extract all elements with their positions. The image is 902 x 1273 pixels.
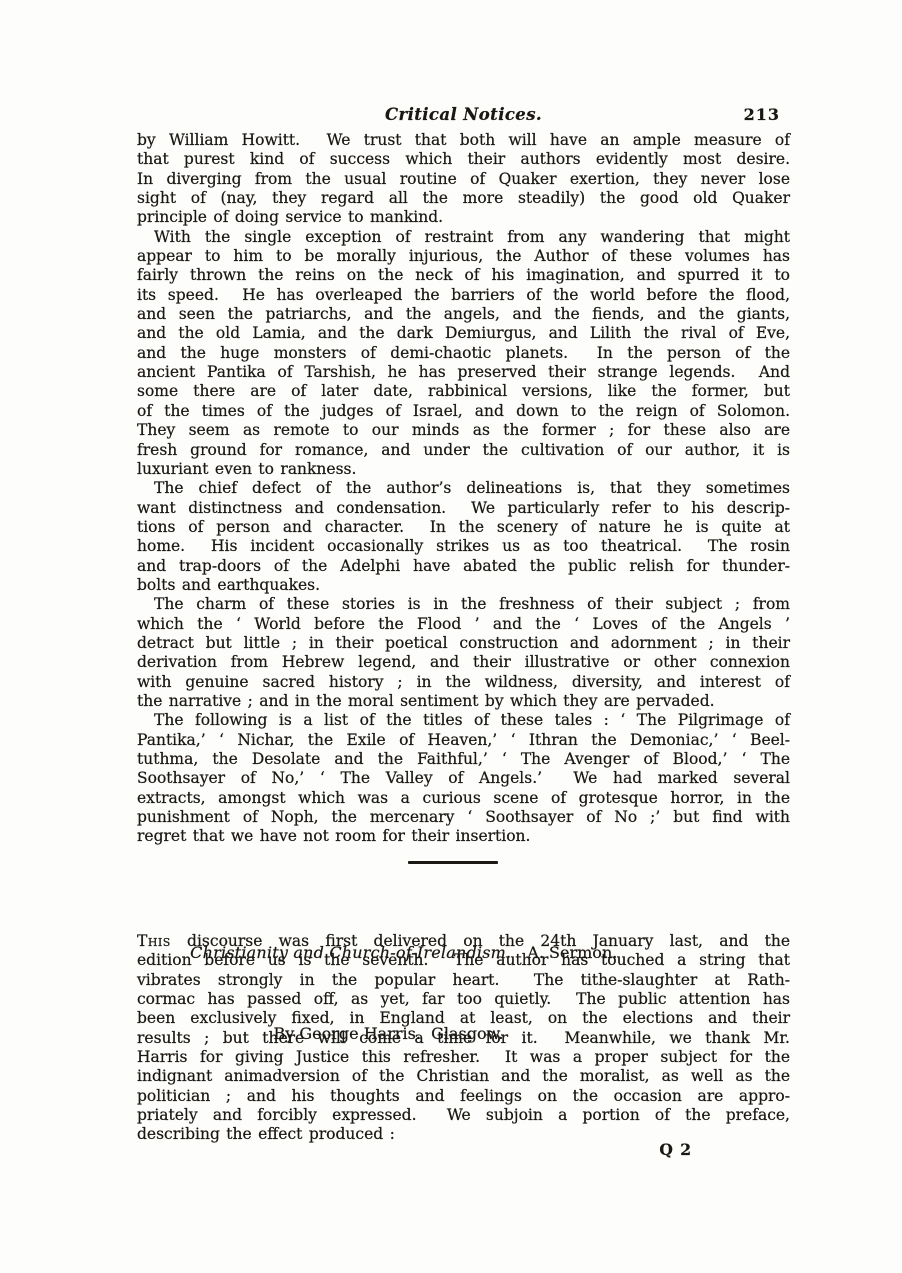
text-line: punishment of Noph, the mercenary ‘ Soot… — [137, 808, 790, 827]
text-line: by William Howitt. We trust that both wi… — [137, 131, 790, 150]
text-line: priately and forcibly expressed. We subj… — [137, 1106, 790, 1125]
text-line: Soothsayer of No,’ ‘ The Valley of Angel… — [137, 769, 790, 788]
text-line: detract but little ; in their poetical c… — [137, 634, 790, 653]
text-line: that purest kind of success which their … — [137, 150, 790, 169]
text-line: Harris for giving Justice this refresher… — [137, 1048, 790, 1067]
page-number: 213 — [744, 104, 780, 126]
text-line: been exclusively fixed, in England at le… — [137, 1009, 790, 1028]
text-line: of the times of the judges of Israel, an… — [137, 402, 790, 421]
text-line: sight of (nay, they regard all the more … — [137, 189, 790, 208]
text-line: the narrative ; and in the moral sentime… — [137, 692, 790, 711]
text-line: The chief defect of the author’s delinea… — [137, 479, 790, 498]
text-line: and the huge monsters of demi-chaotic pl… — [137, 344, 790, 363]
text-line: Pantika,’ ‘ Nichar, the Exile of Heaven,… — [137, 731, 790, 750]
text-line: fairly thrown the reins on the neck of h… — [137, 266, 790, 285]
text-line: which the ‘ World before the Flood ’ and… — [137, 615, 790, 634]
text-line: results ; but there will come a time for… — [137, 1029, 790, 1048]
text-line: This discourse was first delivered on th… — [137, 932, 790, 951]
text-line: politician ; and his thoughts and feelin… — [137, 1087, 790, 1106]
text-line: tuthma, the Desolate and the Faithful,’ … — [137, 750, 790, 769]
text-line: vibrates strongly in the popular heart. … — [137, 971, 790, 990]
text-line: derivation from Hebrew legend, and their… — [137, 653, 790, 672]
printer-signature: Q 2 — [137, 1140, 790, 1159]
text-line: and seen the patriarchs, and the angels,… — [137, 305, 790, 324]
text-line: and the old Lamia, and the dark Demiurgu… — [137, 324, 790, 343]
text-line: extracts, amongst which was a curious sc… — [137, 789, 790, 808]
text-line: some there are of later date, rabbinical… — [137, 382, 790, 401]
text-line: regret that we have not room for their i… — [137, 827, 790, 846]
text-line: The charm of these stories is in the fre… — [137, 595, 790, 614]
running-header-title: Critical Notices. — [137, 104, 790, 126]
text-line: luxuriant even to rankness. — [137, 460, 790, 479]
text-line: In diverging from the usual routine of Q… — [137, 170, 790, 189]
text-line: and trap-doors of the Adelphi have abate… — [137, 557, 790, 576]
text-line: tions of person and character. In the sc… — [137, 518, 790, 537]
text-line: with genuine sacred history ; in the wil… — [137, 673, 790, 692]
text-line: its speed. He has overleaped the barrier… — [137, 286, 790, 305]
sermon-review-body: This discourse was first delivered on th… — [137, 932, 790, 1145]
text-line: fresh ground for romance, and under the … — [137, 441, 790, 460]
text-line: appear to him to be morally injurious, t… — [137, 247, 790, 266]
text-line: want distinctness and condensation. We p… — [137, 499, 790, 518]
running-header: Critical Notices. 213 — [137, 104, 790, 126]
section-divider-rule — [408, 861, 498, 864]
text-line: The following is a list of the titles of… — [137, 711, 790, 730]
text-line: indignant animadversion of the Christian… — [137, 1067, 790, 1086]
text-line: principle of doing service to mankind. — [137, 208, 790, 227]
scanned-book-page: Critical Notices. 213 by William Howitt.… — [0, 0, 902, 1273]
text-line: cormac has passed off, as yet, far too q… — [137, 990, 790, 1009]
text-line: home. His incident occasionally strikes … — [137, 537, 790, 556]
review-article-body: by William Howitt. We trust that both wi… — [137, 131, 790, 847]
text-line: They seem as remote to our minds as the … — [137, 421, 790, 440]
text-line: ancient Pantika of Tarshish, he has pres… — [137, 363, 790, 382]
text-line: edition before us is the seventh. The au… — [137, 951, 790, 970]
text-line: With the single exception of restraint f… — [137, 228, 790, 247]
text-line: bolts and earthquakes. — [137, 576, 790, 595]
